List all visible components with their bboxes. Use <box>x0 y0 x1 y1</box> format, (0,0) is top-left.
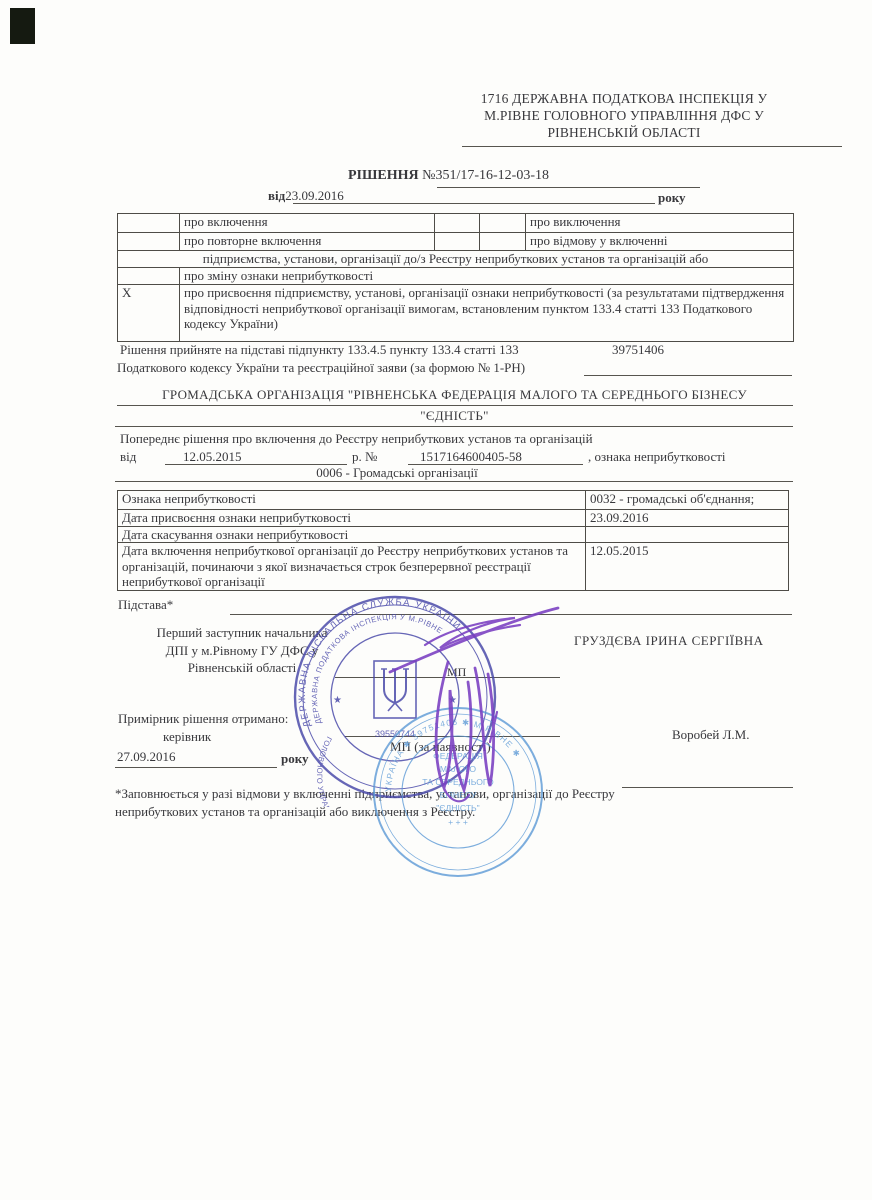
attr-value: 12.05.2015 <box>586 543 788 590</box>
issuer-header: 1716 ДЕРЖАВНА ПОДАТКОВА ІНСПЕКЦІЯ У М.РІ… <box>450 90 798 141</box>
attr-label: Дата присвоєння ознаки неприбутковості <box>118 510 586 526</box>
orgname-underline1 <box>117 405 793 406</box>
received-date-underline <box>115 767 277 768</box>
attr-value: 0032 - громадські об'єднання; <box>586 491 788 509</box>
attr-label: Дата скасування ознаки неприбутковості <box>118 527 586 542</box>
issuer-line3: РІВНЕНСЬКІЙ ОБЛАСТІ <box>450 124 798 141</box>
previous-suffix: , ознака неприбутковості <box>588 449 726 465</box>
signature-line2 <box>345 736 560 737</box>
scan-corner-artifact <box>10 8 35 44</box>
footnote-line2: неприбуткових установ та організацій або… <box>115 804 475 820</box>
option-exclude: про виключення <box>526 214 793 232</box>
table-row: Ознака неприбутковості 0032 - громадські… <box>118 491 788 510</box>
table-row: Дата скасування ознаки неприбутковості <box>118 527 788 543</box>
basis-line1: Рішення прийняте на підставі підпункту 1… <box>120 342 519 358</box>
copy-received-role: керівник <box>163 729 211 745</box>
stamp-star-right: ★ <box>448 695 457 706</box>
received-year-suffix: року <box>281 751 309 767</box>
selected-mark-cell: X <box>118 285 180 341</box>
registry-span-text: підприємства, установи, організації до/з… <box>118 251 793 267</box>
table-row: про зміну ознаки неприбутковості <box>118 268 793 285</box>
organization-name-line1: ГРОМАДСЬКА ОРГАНІЗАЦІЯ "РІВНЕНСЬКА ФЕДЕР… <box>117 386 792 403</box>
checkbox-cell <box>118 268 180 284</box>
spacer-cell <box>435 214 480 232</box>
option-reinclude: про повторне включення <box>180 233 435 250</box>
previous-number: 1517164600405-58 <box>420 449 522 465</box>
org-stamp-line: МАЛОГО <box>440 764 477 774</box>
attr-label: Ознака неприбутковості <box>118 491 586 509</box>
footnote-line1: *Заповнюється у разі відмови у включенні… <box>115 786 615 802</box>
position-line2: ДПІ у м.Рівному ГУ ДФС у <box>118 642 366 660</box>
copy-received-label: Примірник рішення отримано: <box>118 711 288 727</box>
issuer-line2: М.РІВНЕ ГОЛОВНОГО УПРАВЛІННЯ ДФС У <box>450 107 798 124</box>
attr-value: 23.09.2016 <box>586 510 788 526</box>
table-row: Дата присвоєння ознаки неприбутковості 2… <box>118 510 788 527</box>
attr-value <box>586 527 788 542</box>
tryzub-icon <box>374 661 416 718</box>
signatory-position: Перший заступник начальника ДПІ у м.Рівн… <box>118 624 366 677</box>
option-change-attribute: про зміну ознаки неприбутковості <box>180 268 793 284</box>
scanned-decision-document: 1716 ДЕРЖАВНА ПОДАТКОВА ІНСПЕКЦІЯ У М.РІ… <box>0 0 872 1200</box>
option-refuse: про відмову у включенні <box>526 233 793 250</box>
previous-underline <box>115 481 793 482</box>
checkbox-cell <box>118 233 180 250</box>
position-line3: Рівненській області <box>118 659 366 677</box>
decision-date: 23.09.2016 <box>285 188 344 203</box>
edrpou-code: 39751406 <box>612 342 664 358</box>
stamp-star-left: ★ <box>333 695 342 706</box>
table-row: про включення про виключення <box>118 214 793 233</box>
organization-name: ГРОМАДСЬКА ОРГАНІЗАЦІЯ "РІВНЕНСЬКА ФЕДЕР… <box>117 386 792 403</box>
table-row: X про присвоєння підприємству, установі,… <box>118 285 793 341</box>
previous-date: 12.05.2015 <box>183 449 242 465</box>
table-row: Дата включення неприбуткової організації… <box>118 543 788 590</box>
attribute-table: Ознака неприбутковості 0032 - громадські… <box>117 490 789 591</box>
mp-note: МП (за наявності) <box>390 739 491 755</box>
table-row: підприємства, установи, організації до/з… <box>118 251 793 268</box>
basis-field-label: Підстава* <box>118 597 173 613</box>
signature-line1 <box>335 677 560 678</box>
document-title: РІШЕННЯ №351/17-16-12-03-18 <box>348 168 549 184</box>
stamp-dfs-code: 39550744 <box>375 729 415 739</box>
title-date-row: від23.09.2016 <box>268 188 344 204</box>
received-date: 27.09.2016 <box>117 749 176 765</box>
position-line1: Перший заступник начальника <box>118 624 366 642</box>
decision-type-table: про включення про виключення про повторн… <box>117 213 794 342</box>
basis-underline <box>584 375 792 376</box>
header-underline <box>462 146 842 147</box>
footnote-line-rule <box>622 787 793 788</box>
year-suffix: року <box>658 190 686 206</box>
title-underline <box>437 187 700 188</box>
previous-code-line: 0006 - Громадські організації <box>117 465 677 481</box>
receiver-name: Воробей Л.М. <box>672 727 749 743</box>
basis-line2: Податкового кодексу України та реєстраці… <box>117 360 525 376</box>
previous-decision-intro: Попереднє рішення про включення до Реєст… <box>120 431 593 447</box>
dfs-stamp: ДЕРЖАВНА ФІСКАЛЬНА СЛУЖБА УКРАЇНИ ДЕРЖАВ… <box>285 587 505 807</box>
issuer-line1: 1716 ДЕРЖАВНА ПОДАТКОВА ІНСПЕКЦІЯ У <box>450 90 798 107</box>
checkbox-cell <box>118 214 180 232</box>
option-assign-attribute: про присвоєння підприємству, установі, о… <box>180 285 793 341</box>
organization-name-line2: "ЄДНІСТЬ" <box>117 407 792 424</box>
checkbox-cell <box>480 233 526 250</box>
table-row: про повторне включення про відмову у вкл… <box>118 233 793 251</box>
date-underline <box>293 203 655 204</box>
basis-field-line <box>230 614 792 615</box>
title-number: №351/17-16-12-03-18 <box>422 168 549 183</box>
orgname-underline2 <box>115 426 793 427</box>
signature <box>370 590 580 810</box>
title-label: РІШЕННЯ <box>348 168 419 183</box>
signatory-name: ГРУЗДЄВА ІРИНА СЕРГІЇВНА <box>574 633 764 649</box>
previous-from-label: від <box>120 449 136 465</box>
attr-label: Дата включення неприбуткової організації… <box>118 543 586 590</box>
previous-reg-label: р. № <box>352 449 377 465</box>
checkbox-cell <box>480 214 526 232</box>
option-include: про включення <box>180 214 435 232</box>
spacer-cell <box>435 233 480 250</box>
date-prefix: від <box>268 188 285 203</box>
